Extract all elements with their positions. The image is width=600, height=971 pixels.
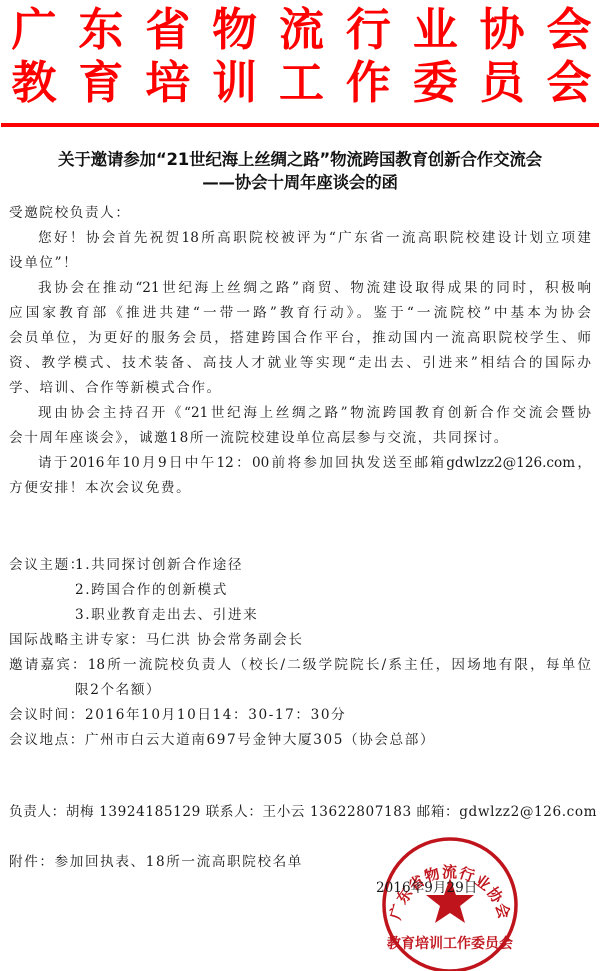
meeting-guests-cont: 限2个名额）	[75, 681, 161, 699]
letterhead-char: 会	[544, 5, 594, 55]
meeting-theme-item: 3.职业教育走出去、引进来	[75, 606, 258, 624]
attachment-line: 附件：参加回执表、18所一流高职院校名单	[9, 853, 303, 871]
letterhead-char: 流	[277, 5, 327, 55]
letterhead-char: 教	[9, 58, 59, 108]
letterhead-char: 会	[544, 58, 594, 108]
paragraph-line: 学、培训、合作等新模式合作。	[9, 379, 222, 397]
paragraph-line: 方便安排！本次会议免费。	[9, 479, 191, 497]
letterhead-line-1: 广 东 省 物 流 行 业 协 会	[0, 5, 600, 55]
paragraph-line: 请于2016年10月9日中午12：00前将参加回执发送至邮箱gdwlzz2@12…	[38, 454, 591, 472]
letterhead-char: 东	[76, 5, 126, 55]
document-date: 2016年9月29日	[376, 879, 477, 897]
meeting-time: 会议时间：2016年10月10日14：30-17：30分	[9, 706, 346, 724]
paragraph-line: 您好！协会首先祝贺18所高职院校被评为“广东省一流高职院校建设计划立项建	[38, 229, 591, 247]
letterhead-char: 行	[343, 5, 393, 55]
letterhead-divider	[1, 123, 599, 127]
document-subtitle: ——协会十周年座谈会的函	[0, 171, 600, 195]
meeting-theme-label: 会议主题：	[9, 556, 85, 574]
paragraph-line: 应国家教育部《推进共建“一带一路”教育行动》。鉴于“一流院校”中基本为协会	[9, 304, 591, 322]
letterhead-char: 育	[76, 58, 126, 108]
letterhead-char: 协	[477, 5, 527, 55]
letterhead-char: 广	[9, 5, 59, 55]
paragraph-line: 会员单位，为更好的服务会员，搭建跨国合作平台，推动国内一流高职院校学生、师	[9, 329, 591, 347]
svg-text:教育培训工作委员会: 教育培训工作委员会	[386, 935, 513, 952]
letterhead-line-2: 教 育 培 训 工 作 委 员 会	[0, 58, 600, 108]
meeting-location: 会议地点：广州市白云大道南697号金钟大厦305（协会总部）	[9, 731, 435, 749]
letterhead-char: 训	[210, 58, 260, 108]
meeting-speaker: 国际战略主讲专家：马仁洪 协会常务副会长	[9, 631, 304, 649]
letterhead-char: 培	[143, 58, 193, 108]
contact-line: 负责人：胡梅 13924185129 联系人：王小云 13622807183 邮…	[9, 803, 597, 821]
document-title: 关于邀请参加“21世纪海上丝绸之路”物流跨国教育创新合作交流会	[0, 148, 600, 172]
letterhead-char: 物	[210, 5, 260, 55]
paragraph-line: 现由协会主持召开《“21世纪海上丝绸之路”物流跨国教育创新合作交流会暨协	[38, 404, 591, 422]
paragraph-line: 会十周年座谈会》，诚邀18所一流院校建设单位高层参与交流，共同探讨。	[9, 429, 509, 447]
document-page: 广 东 省 物 流 行 业 协 会 教 育 培 训 工 作 委 员 会 关于邀请…	[0, 0, 600, 971]
meeting-guests: 邀请嘉宾：18所一流院校负责人（校长/二级学院院长/系主任，因场地有限，每单位	[9, 656, 591, 674]
letterhead-char: 省	[143, 5, 193, 55]
letterhead-char: 员	[477, 58, 527, 108]
paragraph-line: 资、教学模式、技术装备、高技人才就业等实现“走出去、引进来”相结合的国际办	[9, 354, 591, 372]
letterhead-char: 工	[277, 58, 327, 108]
letterhead-char: 委	[410, 58, 460, 108]
paragraph-line: 我协会在推动“21世纪海上丝绸之路”商贸、物流建设取得成果的同时，积极响	[38, 279, 591, 297]
official-seal-icon: 广东省物流行业协会 教育培训工作委员会	[380, 835, 520, 971]
letterhead-char: 作	[343, 58, 393, 108]
paragraph-line: 设单位”！	[9, 254, 78, 272]
meeting-theme-item: 1.共同探讨创新合作途径	[75, 556, 243, 574]
meeting-theme-item: 2.跨国合作的创新模式	[75, 581, 228, 599]
letterhead-char: 业	[410, 5, 460, 55]
salutation: 受邀院校负责人：	[9, 204, 131, 222]
